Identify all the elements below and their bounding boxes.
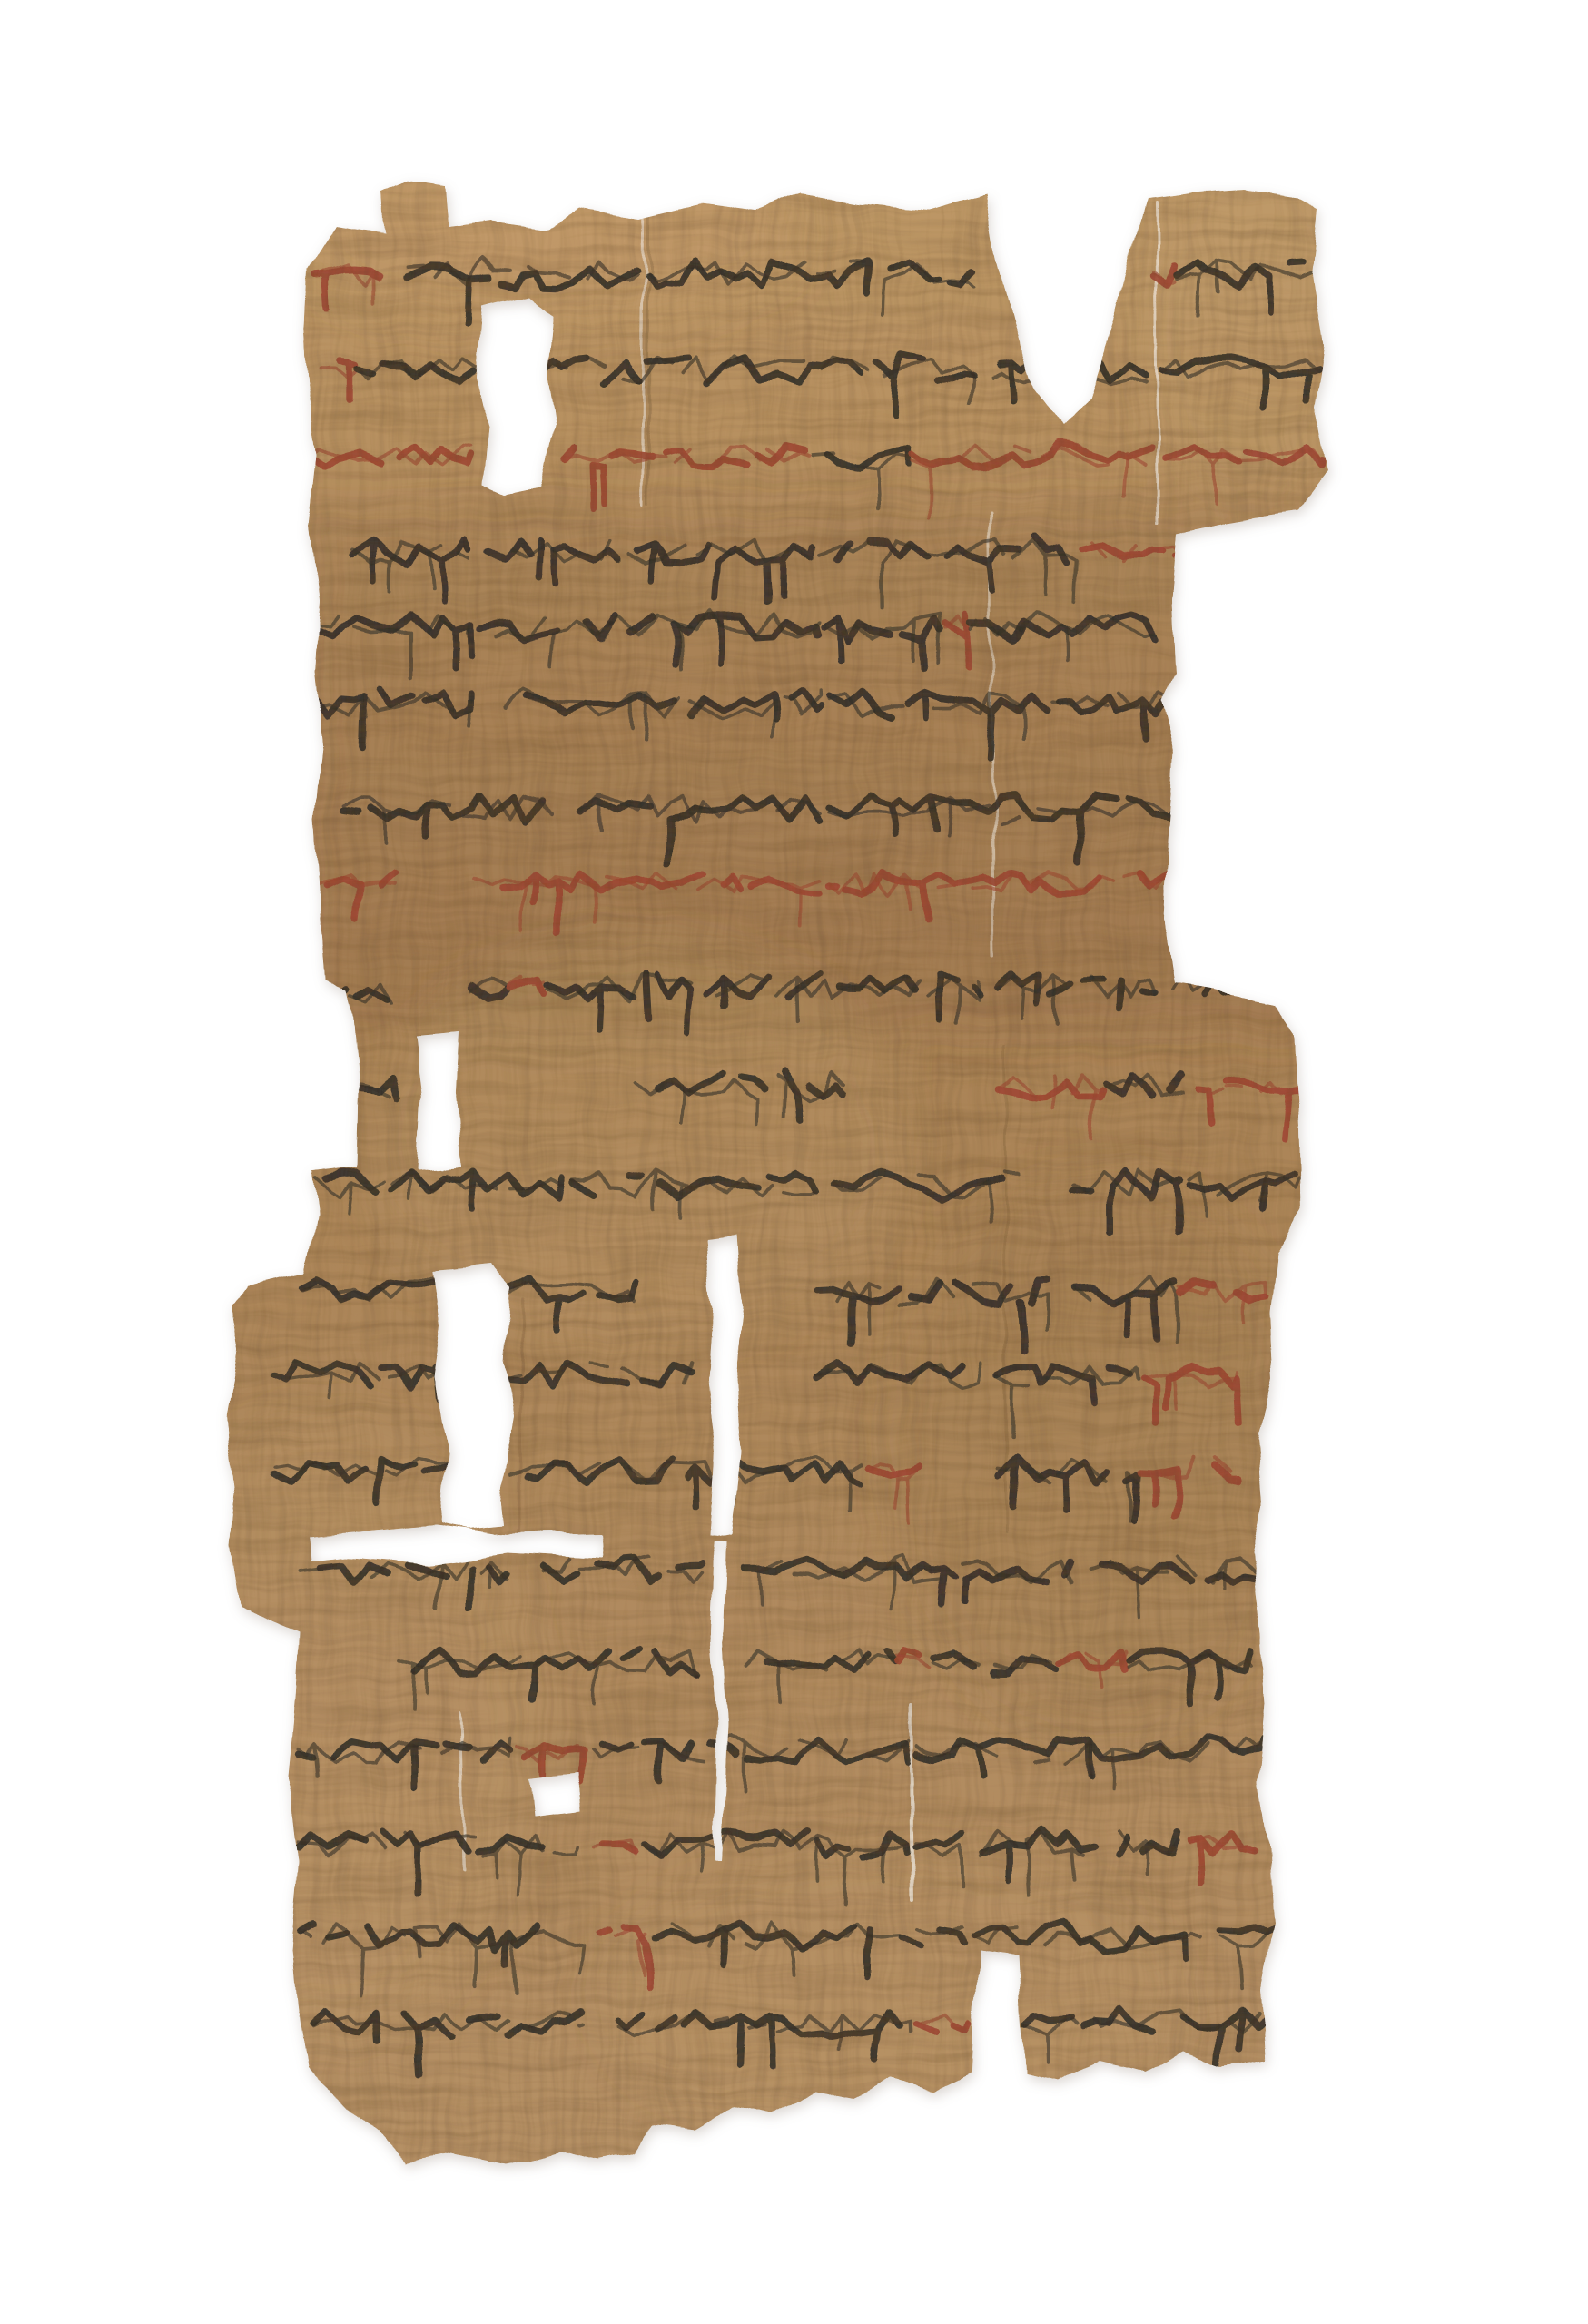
photo-background bbox=[0, 0, 1588, 2324]
ink-line-red bbox=[1253, 981, 1318, 995]
papyrus-photo bbox=[0, 0, 1588, 2324]
papyrus-fragment bbox=[118, 145, 1371, 2164]
ink-line-red bbox=[1253, 979, 1318, 998]
papyrus-artifact-svg bbox=[0, 0, 1588, 2324]
ink-line-red bbox=[1306, 2018, 1326, 2024]
ink-line-red bbox=[1306, 2018, 1326, 2027]
